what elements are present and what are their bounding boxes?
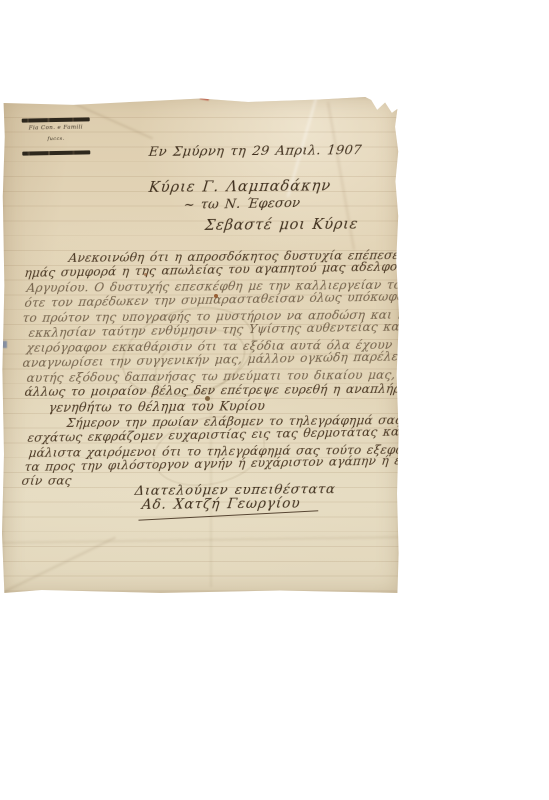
ink-stamp: Fia Con. e Famili fuccs. <box>22 117 91 155</box>
letter-paper: Fia Con. e Famili fuccs. Εν Σμύρνη τη 29… <box>2 97 399 593</box>
addressee-location: ~ τω Ν. Έφεσον <box>183 197 301 212</box>
stamp-text-line1: Fia Con. e Famili <box>22 124 90 131</box>
stamp-text-line2: fuccs. <box>22 135 90 142</box>
addressee-name: Κύριε Γ. Λαμπαδάκην <box>148 179 332 195</box>
salutation: Σεβαστέ μοι Κύριε <box>204 218 359 234</box>
scan-background: Fia Con. e Famili fuccs. Εν Σμύρνη τη 29… <box>0 0 549 800</box>
body-line: σίν σας <box>21 475 72 487</box>
body-line: άλλως το μοιραίον βέλος δεν επέτρεψε ευρ… <box>24 382 399 398</box>
date-line: Εν Σμύρνη τη 29 Απριλ. 1907 <box>148 144 363 159</box>
body-line: γενηθήτω το θέλημα του Κυρίου <box>48 400 266 414</box>
stamp-top-bar <box>22 117 90 122</box>
